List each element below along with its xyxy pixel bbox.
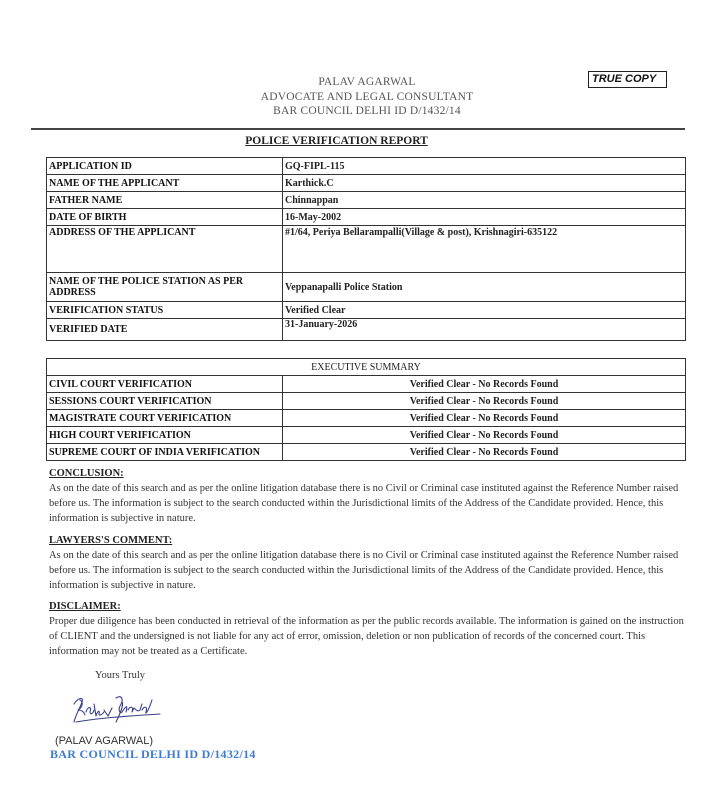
letterhead-bar-id: BAR COUNCIL DELHI ID D/1432/14 [0, 104, 716, 119]
high-court-status: Verified Clear - No Records Found [283, 427, 686, 444]
verification-status-label: VERIFICATION STATUS [47, 302, 283, 319]
conclusion-text: As on the date of this search and as per… [49, 481, 689, 526]
signatory-name: (PALAV AGARWAL) [55, 735, 153, 747]
application-id-label: APPLICATION ID [47, 158, 283, 175]
table-row: VERIFICATION STATUS Verified Clear [47, 302, 686, 319]
report-title: POLICE VERIFICATION REPORT [0, 135, 673, 147]
table-row: NAME OF THE APPLICANT Karthick.C [47, 175, 686, 192]
true-copy-stamp: TRUE COPY [588, 71, 667, 88]
closing-text: Yours Truly [95, 670, 145, 681]
magistrate-court-label: MAGISTRATE COURT VERIFICATION [47, 410, 283, 427]
header-divider [31, 128, 685, 130]
verified-date-value: 31-January-2026 [283, 319, 686, 341]
father-name-value: Chinnappan [283, 192, 686, 209]
table-row: VERIFIED DATE 31-January-2026 [47, 319, 686, 341]
magistrate-court-status: Verified Clear - No Records Found [283, 410, 686, 427]
applicant-details-table: APPLICATION ID GQ-FIPL-115 NAME OF THE A… [46, 157, 686, 341]
table-row: HIGH COURT VERIFICATION Verified Clear -… [47, 427, 686, 444]
lawyers-comment-text: As on the date of this search and as per… [49, 548, 689, 593]
table-row: EXECUTIVE SUMMARY [47, 359, 686, 376]
signature-image [68, 688, 168, 730]
verification-status-value: Verified Clear [283, 302, 686, 319]
address-value: #1/64, Periya Bellarampalli(Village & po… [283, 226, 686, 273]
application-id-value: GQ-FIPL-115 [283, 158, 686, 175]
disclaimer-section: DISCLAIMER: Proper due diligence has bee… [49, 600, 689, 659]
table-row: NAME OF THE POLICE STATION AS PER ADDRES… [47, 273, 686, 302]
address-label: ADDRESS OF THE APPLICANT [47, 226, 283, 273]
lawyers-comment-heading: LAWYERS'S COMMENT: [49, 534, 689, 547]
table-row: FATHER NAME Chinnappan [47, 192, 686, 209]
sessions-court-status: Verified Clear - No Records Found [283, 393, 686, 410]
advocate-title: ADVOCATE AND LEGAL CONSULTANT [0, 90, 716, 105]
supreme-court-status: Verified Clear - No Records Found [283, 444, 686, 461]
sessions-court-label: SESSIONS COURT VERIFICATION [47, 393, 283, 410]
table-row: APPLICATION ID GQ-FIPL-115 [47, 158, 686, 175]
table-row: DATE OF BIRTH 16-May-2002 [47, 209, 686, 226]
verified-date-label: VERIFIED DATE [47, 319, 283, 341]
applicant-name-label: NAME OF THE APPLICANT [47, 175, 283, 192]
dob-label: DATE OF BIRTH [47, 209, 283, 226]
table-row: SESSIONS COURT VERIFICATION Verified Cle… [47, 393, 686, 410]
disclaimer-heading: DISCLAIMER: [49, 600, 689, 613]
supreme-court-label: SUPREME COURT OF INDIA VERIFICATION [47, 444, 283, 461]
police-station-value: Veppanapalli Police Station [283, 273, 686, 302]
lawyers-comment-section: LAWYERS'S COMMENT: As on the date of thi… [49, 534, 689, 593]
high-court-label: HIGH COURT VERIFICATION [47, 427, 283, 444]
civil-court-label: CIVIL COURT VERIFICATION [47, 376, 283, 393]
table-row: MAGISTRATE COURT VERIFICATION Verified C… [47, 410, 686, 427]
applicant-name-value: Karthick.C [283, 175, 686, 192]
civil-court-status: Verified Clear - No Records Found [283, 376, 686, 393]
table-row: CIVIL COURT VERIFICATION Verified Clear … [47, 376, 686, 393]
disclaimer-text: Proper due diligence has been conducted … [49, 614, 689, 659]
signatory-bar-id: BAR COUNCIL DELHI ID D/1432/14 [50, 747, 256, 762]
father-name-label: FATHER NAME [47, 192, 283, 209]
table-row: ADDRESS OF THE APPLICANT #1/64, Periya B… [47, 226, 686, 273]
conclusion-section: CONCLUSION: As on the date of this searc… [49, 467, 689, 526]
police-station-label: NAME OF THE POLICE STATION AS PER ADDRES… [47, 273, 283, 302]
dob-value: 16-May-2002 [283, 209, 686, 226]
executive-summary-table: EXECUTIVE SUMMARY CIVIL COURT VERIFICATI… [46, 358, 686, 461]
conclusion-heading: CONCLUSION: [49, 467, 689, 480]
table-row: SUPREME COURT OF INDIA VERIFICATION Veri… [47, 444, 686, 461]
executive-summary-heading: EXECUTIVE SUMMARY [47, 359, 686, 376]
